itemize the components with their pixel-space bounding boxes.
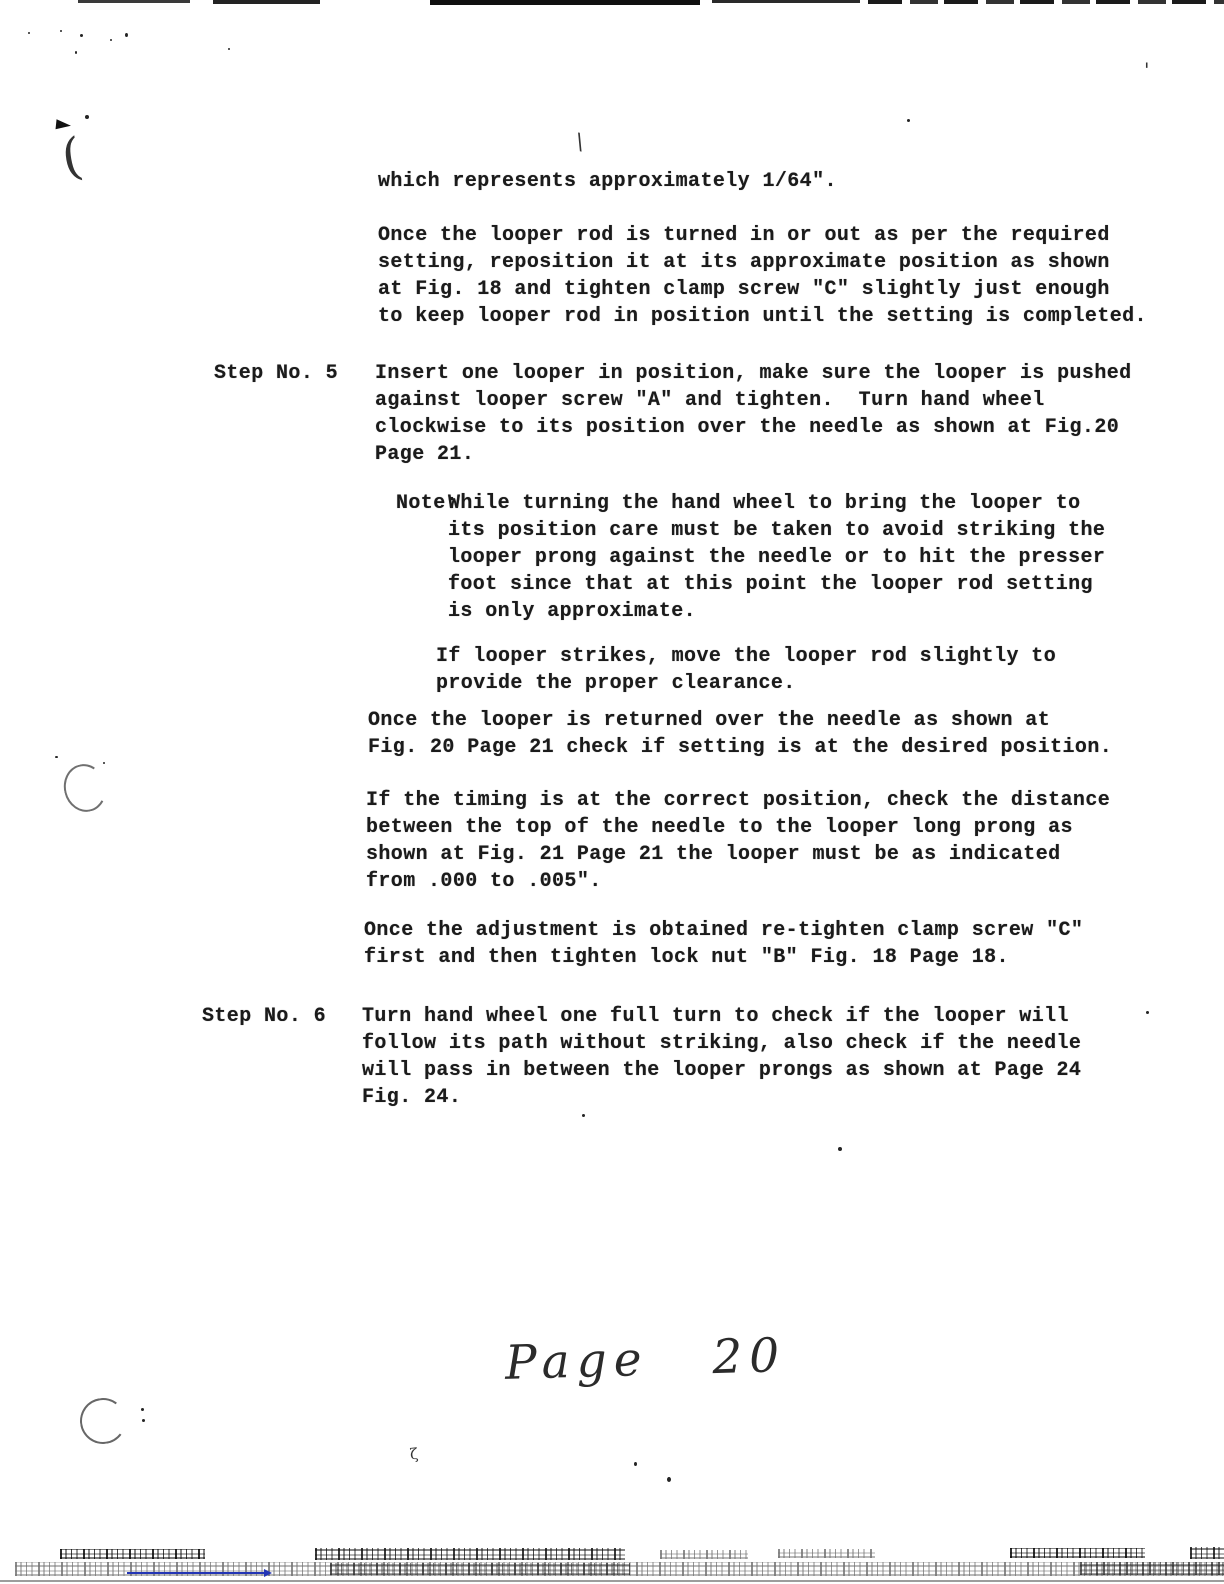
scan-speck xyxy=(80,34,83,37)
scan-speck xyxy=(110,39,112,41)
scan-speck xyxy=(228,48,230,50)
para-reposition: Once the looper rod is turned in or out … xyxy=(378,222,1147,330)
scan-noise-band xyxy=(1190,1547,1224,1559)
scan-speck xyxy=(667,1477,671,1482)
scan-noise-band xyxy=(1080,1562,1224,1575)
scan-artifact-top-band xyxy=(213,0,320,4)
scan-noise-band xyxy=(660,1550,748,1559)
scan-noise-band xyxy=(315,1548,625,1560)
step5-label: Step No. 5 xyxy=(214,360,338,387)
para-timing-check: If the timing is at the correct position… xyxy=(366,787,1110,895)
step5-body: Insert one looper in position, make sure… xyxy=(375,360,1132,468)
intro-line: which represents approximately 1/64". xyxy=(378,168,837,195)
scan-artifact-top-band xyxy=(78,0,190,3)
step6-label: Step No. 6 xyxy=(202,1003,326,1030)
para-retighten: Once the adjustment is obtained re-tight… xyxy=(364,917,1083,971)
scan-artifact-top-band xyxy=(712,0,860,3)
scan-speck xyxy=(582,1114,585,1117)
para-looper-returned: Once the looper is returned over the nee… xyxy=(368,707,1112,761)
scan-artifact-circle-mark xyxy=(59,760,111,817)
scan-artifact-squiggle-mark: ζ xyxy=(409,1445,419,1464)
page-bottom-edge-line xyxy=(0,1580,1224,1582)
scan-speck xyxy=(838,1147,842,1151)
scan-speck xyxy=(55,756,58,758)
scan-speck xyxy=(103,762,105,764)
scanned-document-page: which represents approximately 1/64". On… xyxy=(0,0,1224,1584)
scan-speck xyxy=(28,32,30,34)
step6-body: Turn hand wheel one full turn to check i… xyxy=(362,1003,1081,1111)
handwritten-page-number: Page 20 xyxy=(504,1328,787,1391)
scan-speck xyxy=(1146,1011,1149,1014)
scan-artifact-circle-mark xyxy=(77,1395,129,1447)
scan-artifact-blue-underline xyxy=(127,1572,265,1574)
scan-artifact-apostrophe-mark: ' xyxy=(1144,58,1150,82)
scan-speck xyxy=(907,119,910,122)
scan-artifact-paren-mark: ( xyxy=(57,127,86,188)
scan-artifact-top-band xyxy=(868,0,1224,4)
scan-artifact-slash-mark: \ xyxy=(573,130,585,156)
scan-noise-band xyxy=(1010,1548,1145,1558)
scan-speck xyxy=(634,1462,637,1466)
scan-noise-band xyxy=(330,1563,630,1575)
scan-noise-band xyxy=(60,1549,205,1559)
note-clearance-para: If looper strikes, move the looper rod s… xyxy=(436,643,1056,697)
scan-speck xyxy=(60,30,62,32)
scan-speck xyxy=(85,115,89,119)
scan-artifact-top-band xyxy=(430,0,700,5)
scan-speck xyxy=(75,51,77,54)
scan-noise-band xyxy=(778,1549,875,1558)
scan-speck xyxy=(142,1419,145,1422)
scan-speck xyxy=(125,33,128,37)
scan-speck xyxy=(141,1408,144,1411)
note-body: While turning the hand wheel to bring th… xyxy=(448,490,1105,625)
